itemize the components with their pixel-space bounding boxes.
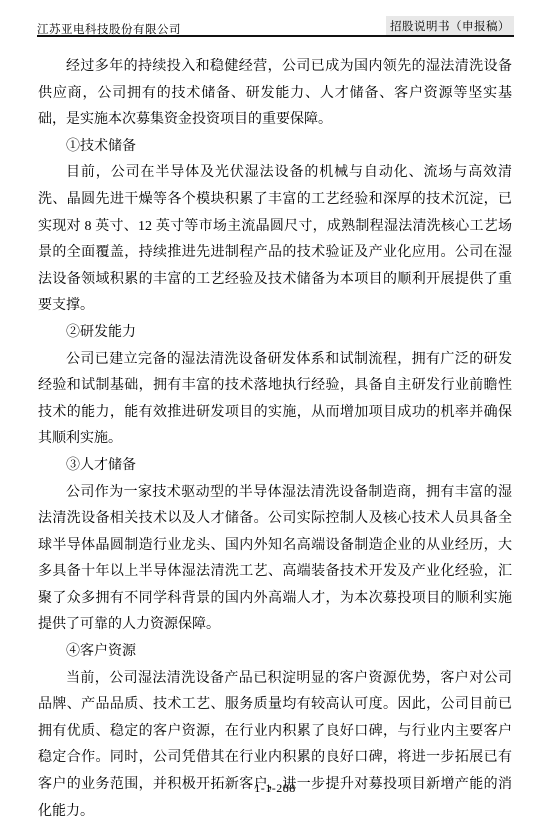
header-rule	[37, 35, 514, 37]
section-paragraph-rnd-capability: 公司已建立完备的湿法清洗设备研发体系和试制流程，拥有广泛的研发经验和试制基础，拥…	[38, 347, 512, 453]
page-header: 江苏亚电科技股份有限公司 招股说明书（申报稿）	[37, 16, 514, 37]
header-document-type: 招股说明书（申报稿）	[386, 16, 514, 37]
section-paragraph-customer-resources: 当前，公司湿法清洗设备产品已积淀明显的客户资源优势，客户对公司品牌、产品品质、技…	[38, 666, 512, 826]
section-heading-talent-reserve: ③人才储备	[38, 453, 512, 480]
page-footer: 1-1-288	[0, 781, 550, 796]
intro-paragraph: 经过多年的持续投入和稳健经营，公司已成为国内领先的湿法清洗设备供应商，公司拥有的…	[38, 54, 512, 134]
section-paragraph-talent-reserve: 公司作为一家技术驱动型的半导体湿法清洗设备制造商，拥有丰富的湿法清洗设备相关技术…	[38, 480, 512, 640]
document-page: 江苏亚电科技股份有限公司 招股说明书（申报稿） 经过多年的持续投入和稳健经营，公…	[0, 0, 550, 840]
document-body: 经过多年的持续投入和稳健经营，公司已成为国内领先的湿法清洗设备供应商，公司拥有的…	[38, 54, 512, 825]
section-heading-tech-reserve: ①技术储备	[38, 134, 512, 161]
section-heading-customer-resources: ④客户资源	[38, 639, 512, 666]
page-number: 1-1-288	[254, 781, 296, 795]
section-paragraph-tech-reserve: 目前，公司在半导体及光伏湿法设备的机械与自动化、流场与高效清洗、晶圆先进干燥等各…	[38, 160, 512, 320]
section-heading-rnd-capability: ②研发能力	[38, 320, 512, 347]
